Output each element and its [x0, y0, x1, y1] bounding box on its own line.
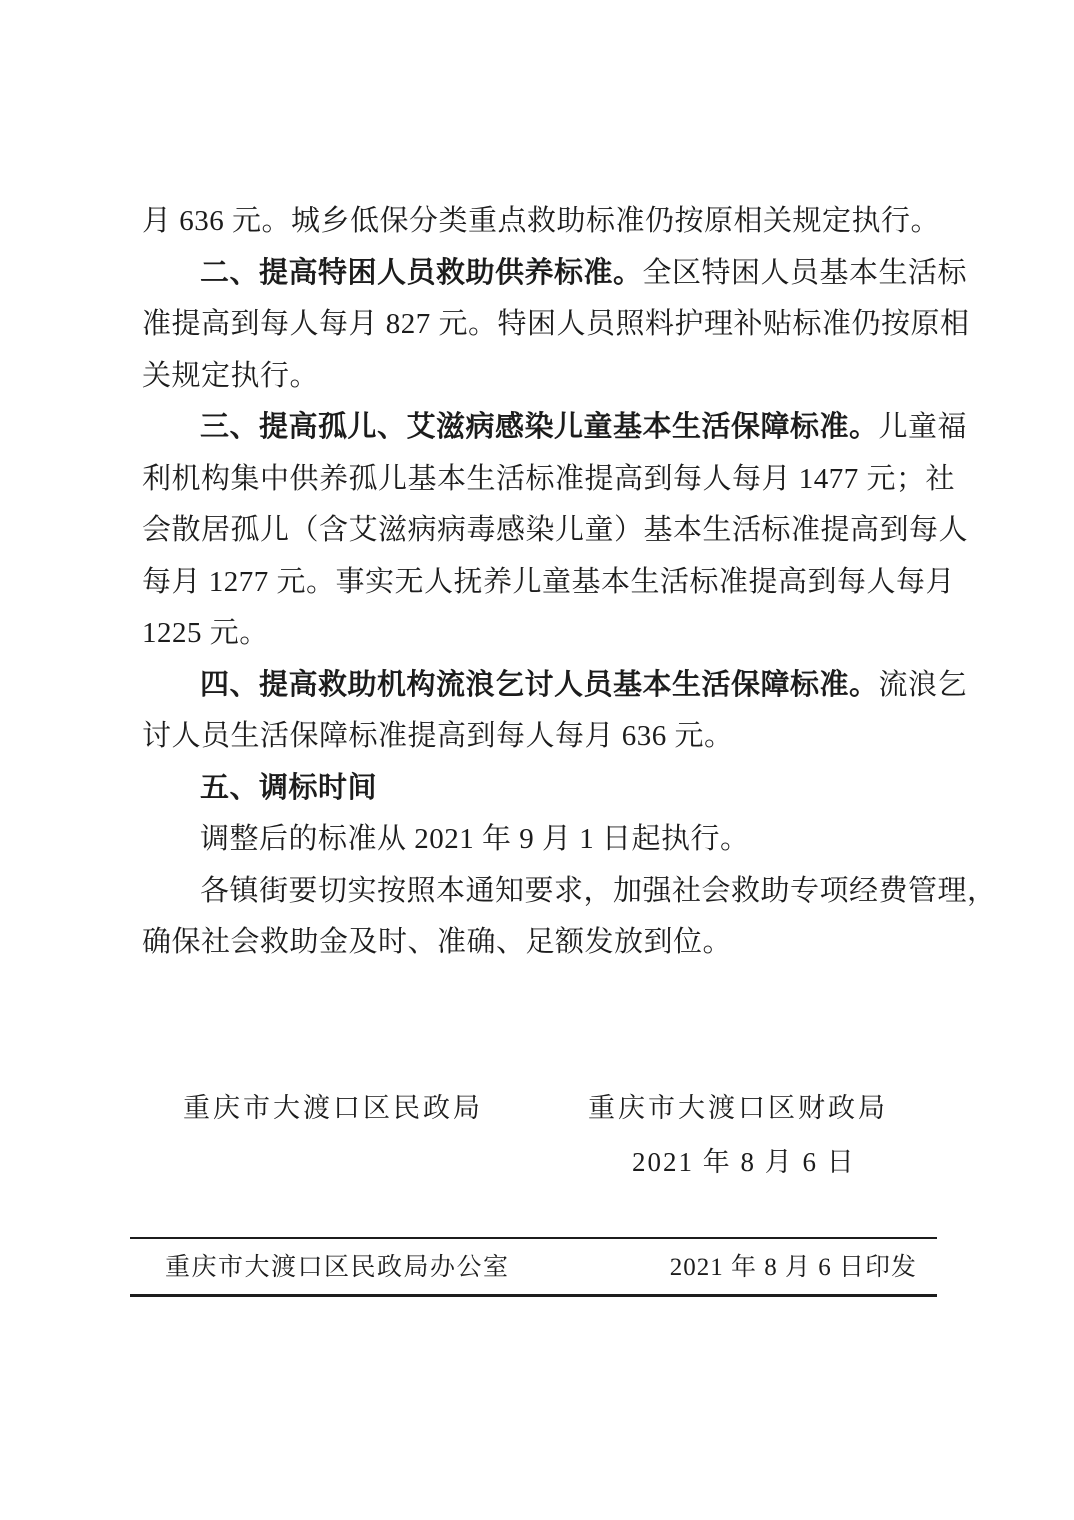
body-segment: 流浪乞	[879, 669, 968, 701]
body-segment: 每月 1277 元。事实无人抚养儿童基本生活标准提高到每人每月	[142, 566, 955, 598]
text-line: 五、调标时间	[142, 763, 942, 815]
text-line: 讨人员生活保障标准提高到每人每月 636 元。	[142, 711, 942, 763]
signature-finance-bureau: 重庆市大渡口区财政局	[588, 1085, 888, 1131]
text-line: 利机构集中供养孤儿基本生活标准提高到每人每月 1477 元；社	[142, 454, 942, 506]
heading-segment: 五、调标时间	[200, 772, 377, 804]
text-line: 会散居孤儿（含艾滋病病毒感染儿童）基本生活标准提高到每人	[142, 505, 942, 557]
text-line: 准提高到每人每月 827 元。特困人员照料护理补贴标准仍按原相	[142, 299, 942, 351]
text-line: 各镇街要切实按照本通知要求，加强社会救助专项经费管理，	[142, 866, 942, 918]
body-segment: 全区特困人员基本生活标	[643, 257, 968, 289]
text-line: 四、提高救助机构流浪乞讨人员基本生活保障标准。流浪乞	[142, 660, 942, 712]
body-segment: 儿童福	[879, 411, 968, 443]
footer-issuing-office: 重庆市大渡口区民政局办公室	[165, 1248, 510, 1288]
text-line: 1225 元。	[142, 608, 942, 660]
heading-segment: 三、提高孤儿、艾滋病感染儿童基本生活保障标准。	[200, 411, 879, 443]
footer-print-date: 2021 年 8 月 6 日印发	[670, 1248, 917, 1288]
body-segment: 调整后的标准从 2021 年 9 月 1 日起执行。	[200, 823, 750, 855]
signature-civil-affairs-bureau: 重庆市大渡口区民政局	[183, 1085, 483, 1131]
text-line: 每月 1277 元。事实无人抚养儿童基本生活标准提高到每人每月	[142, 557, 942, 609]
signature-date: 2021 年 8 月 6 日	[632, 1139, 856, 1185]
body-segment: 关规定执行。	[142, 360, 319, 392]
heading-segment: 二、提高特困人员救助供养标准。	[200, 257, 643, 289]
heading-segment: 四、提高救助机构流浪乞讨人员基本生活保障标准。	[200, 669, 879, 701]
body-segment: 利机构集中供养孤儿基本生活标准提高到每人每月 1477 元；社	[142, 463, 955, 495]
text-line: 二、提高特困人员救助供养标准。全区特困人员基本生活标	[142, 248, 942, 300]
body-segment: 月 636 元。城乡低保分类重点救助标准仍按原相关规定执行。	[142, 205, 940, 237]
footer-rule-top	[130, 1237, 937, 1239]
body-segment: 1225 元。	[142, 617, 269, 649]
text-line: 月 636 元。城乡低保分类重点救助标准仍按原相关规定执行。	[142, 196, 942, 248]
body-segment: 准提高到每人每月 827 元。特困人员照料护理补贴标准仍按原相	[142, 308, 970, 340]
body-segment: 讨人员生活保障标准提高到每人每月 636 元。	[142, 720, 734, 752]
document-page: 月 636 元。城乡低保分类重点救助标准仍按原相关规定执行。二、提高特困人员救助…	[0, 0, 1074, 1520]
text-line: 关规定执行。	[142, 351, 942, 403]
body-segment: 会散居孤儿（含艾滋病病毒感染儿童）基本生活标准提高到每人	[142, 514, 968, 546]
document-body: 月 636 元。城乡低保分类重点救助标准仍按原相关规定执行。二、提高特困人员救助…	[142, 196, 942, 969]
footer-row: 重庆市大渡口区民政局办公室 2021 年 8 月 6 日印发	[165, 1248, 917, 1288]
body-segment: 各镇街要切实按照本通知要求，加强社会救助专项经费管理，	[200, 875, 997, 907]
body-segment: 确保社会救助金及时、准确、足额发放到位。	[142, 926, 732, 958]
text-line: 三、提高孤儿、艾滋病感染儿童基本生活保障标准。儿童福	[142, 402, 942, 454]
text-line: 调整后的标准从 2021 年 9 月 1 日起执行。	[142, 814, 942, 866]
footer-rule-bottom	[130, 1294, 937, 1297]
text-line: 确保社会救助金及时、准确、足额发放到位。	[142, 917, 942, 969]
